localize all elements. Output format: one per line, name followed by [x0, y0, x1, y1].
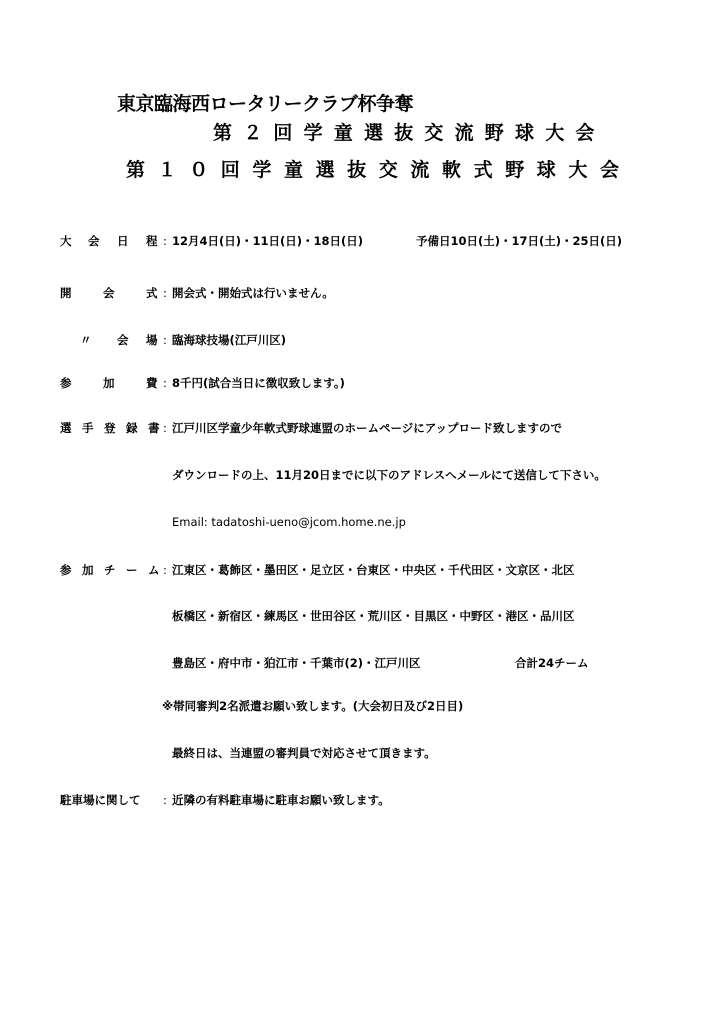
opening-row: 開 会 式 : 開会式・開始式は行いません。 [60, 285, 660, 301]
label-char: 加 [82, 562, 94, 578]
title-tournament-2nd: 第２回学童選抜交流野球大会 [213, 118, 606, 145]
registration-line1: 江戸川区学童少年軟式野球連盟のホームページにアップロード致しますので [172, 420, 562, 436]
label-char: 費 [146, 375, 158, 391]
referee-note2: 最終日は、当連盟の審判員で対応させて頂きます。 [172, 745, 436, 761]
label-char: 参 [60, 562, 72, 578]
schedule-reserve: 予備日10日(土)・17日(土)・25日(日) [416, 233, 622, 249]
label-char: 開 [60, 285, 72, 301]
colon: : [163, 332, 167, 348]
label-char: 録 [126, 420, 138, 436]
label-char: 参 [60, 375, 72, 391]
parking-row: 駐車場に関して : 近隣の有料駐車場に駐車お願い致します。 [60, 792, 660, 808]
registration-line2: ダウンロードの上、11月20日までに以下のアドレスへメールにて送信して下さい。 [172, 467, 606, 483]
teams-line2: 板橋区・新宿区・練馬区・世田谷区・荒川区・目黒区・中野区・港区・品川区 [172, 608, 575, 624]
title-sponsor: 東京臨海西ロータリークラブ杯争奪 [117, 89, 413, 116]
label-char: 登 [104, 420, 116, 436]
label-char: 〃 [80, 332, 92, 348]
label-char: 選 [60, 420, 72, 436]
teams-row: 参 加 チ ー ム : 江東区・葛飾区・墨田区・足立区・台東区・中央区・千代田区… [60, 562, 680, 578]
registration-email[interactable]: Email: tadatoshi-ueno@jcom.home.ne.jp [172, 514, 406, 530]
parking-value: 近隣の有料駐車場に駐車お願い致します。 [172, 792, 390, 808]
label-char: 大 [60, 233, 72, 249]
label-char: 書 [148, 420, 160, 436]
venue-value: 臨海球技場(江戸川区) [172, 332, 286, 348]
label-char: 式 [146, 285, 158, 301]
label-char: 会 [117, 332, 129, 348]
label-char: ム [148, 562, 160, 578]
colon: : [163, 792, 167, 808]
teams-line1: 江東区・葛飾区・墨田区・足立区・台東区・中央区・千代田区・文京区・北区 [172, 562, 575, 578]
label-char: 日 [117, 233, 129, 249]
label-char: 場 [146, 332, 158, 348]
referee-note1: ※帯同審判2名派遣お願い致します。(大会初日及び2日目) [162, 698, 463, 714]
title-tournament-10th: 第１０回学童選抜交流軟式野球大会 [126, 155, 632, 182]
parking-label: 駐車場に関して [60, 792, 141, 808]
label-char: チ [104, 562, 116, 578]
fee-value: 8千円(試合当日に徴収致します。) [172, 375, 345, 391]
fee-row: 参 加 費 : 8千円(試合当日に徴収致します。) [60, 375, 660, 391]
label-char: 会 [88, 233, 100, 249]
label-char: ー [126, 562, 138, 578]
opening-value: 開会式・開始式は行いません。 [172, 285, 334, 301]
colon: : [163, 420, 167, 436]
schedule-row: 大 会 日 程 : 12月4日(日)・11日(日)・18日(日) 予備日10日(… [60, 233, 680, 249]
label-char: 手 [82, 420, 94, 436]
schedule-dates: 12月4日(日)・11日(日)・18日(日) [172, 233, 363, 249]
registration-row: 選 手 登 録 書 : 江戸川区学童少年軟式野球連盟のホームページにアップロード… [60, 420, 680, 436]
teams-line3: 豊島区・府中市・狛江市・千葉市(2)・江戸川区 [172, 655, 421, 671]
colon: : [163, 233, 167, 249]
colon: : [163, 375, 167, 391]
label-char: 程 [146, 233, 158, 249]
teams-total: 合計24チーム [515, 655, 589, 671]
label-char: 会 [103, 285, 115, 301]
venue-row: 〃 会 場 : 臨海球技場(江戸川区) [60, 332, 660, 348]
colon: : [163, 285, 167, 301]
label-char: 加 [103, 375, 115, 391]
colon: : [163, 562, 167, 578]
